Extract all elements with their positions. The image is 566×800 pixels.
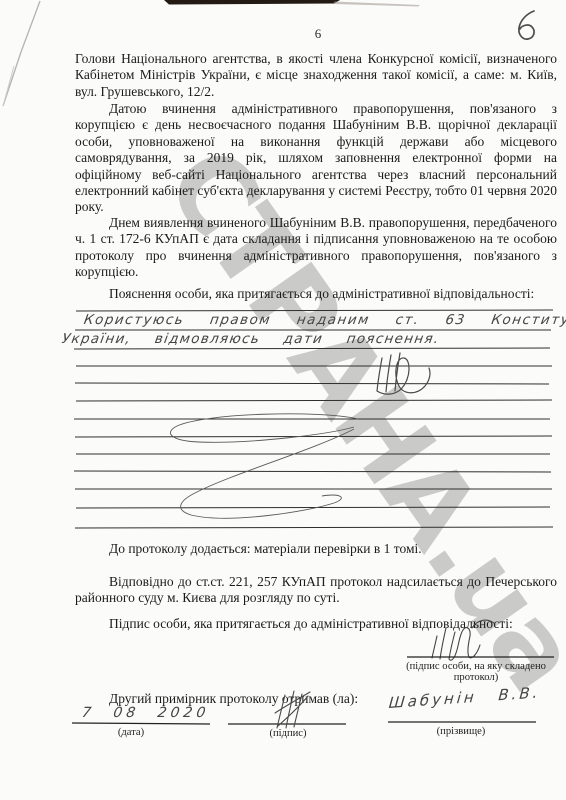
handwritten-date: 7 08 2020 (81, 705, 211, 721)
scanned-protocol-page: СТРАНА.ua 6 Голови Національного агентст… (0, 0, 566, 800)
handwritten-explanation-line1: Користуюсь правом наданим ст. 63 Констит… (83, 312, 566, 328)
signature-caption: (підпис) (251, 728, 325, 739)
paragraph-detection-day: Днем виявлення вчиненого Шабуніним В.В. … (75, 215, 557, 281)
court-paragraph: Відповідно до ст.ст. 221, 257 КУпАП прот… (75, 574, 557, 607)
signature-heading: Підпис особи, яка притягається до адміні… (75, 616, 557, 632)
surname-caption: (прізвище) (418, 726, 504, 737)
page-number: 6 (308, 26, 328, 42)
paragraph-location: Голови Національного агентства, в якості… (75, 51, 557, 100)
handwritten-surname: Шабунін В.В. (388, 683, 541, 712)
protocol-signature-caption: (підпис особи, на яку складено протокол) (391, 661, 561, 683)
document-content: 6 Голови Національного агентства, в якос… (0, 0, 566, 800)
paragraph-offense-date: Датою вчинення адміністративного правопо… (75, 101, 557, 216)
explanation-heading: Пояснення особи, яка притягається до адм… (75, 286, 557, 302)
handwritten-explanation-line2: України, відмовляюсь дати пояснення. (61, 331, 441, 347)
attachment-line: До протоколу додається: матеріали переві… (75, 541, 557, 557)
date-caption: (дата) (97, 727, 165, 738)
